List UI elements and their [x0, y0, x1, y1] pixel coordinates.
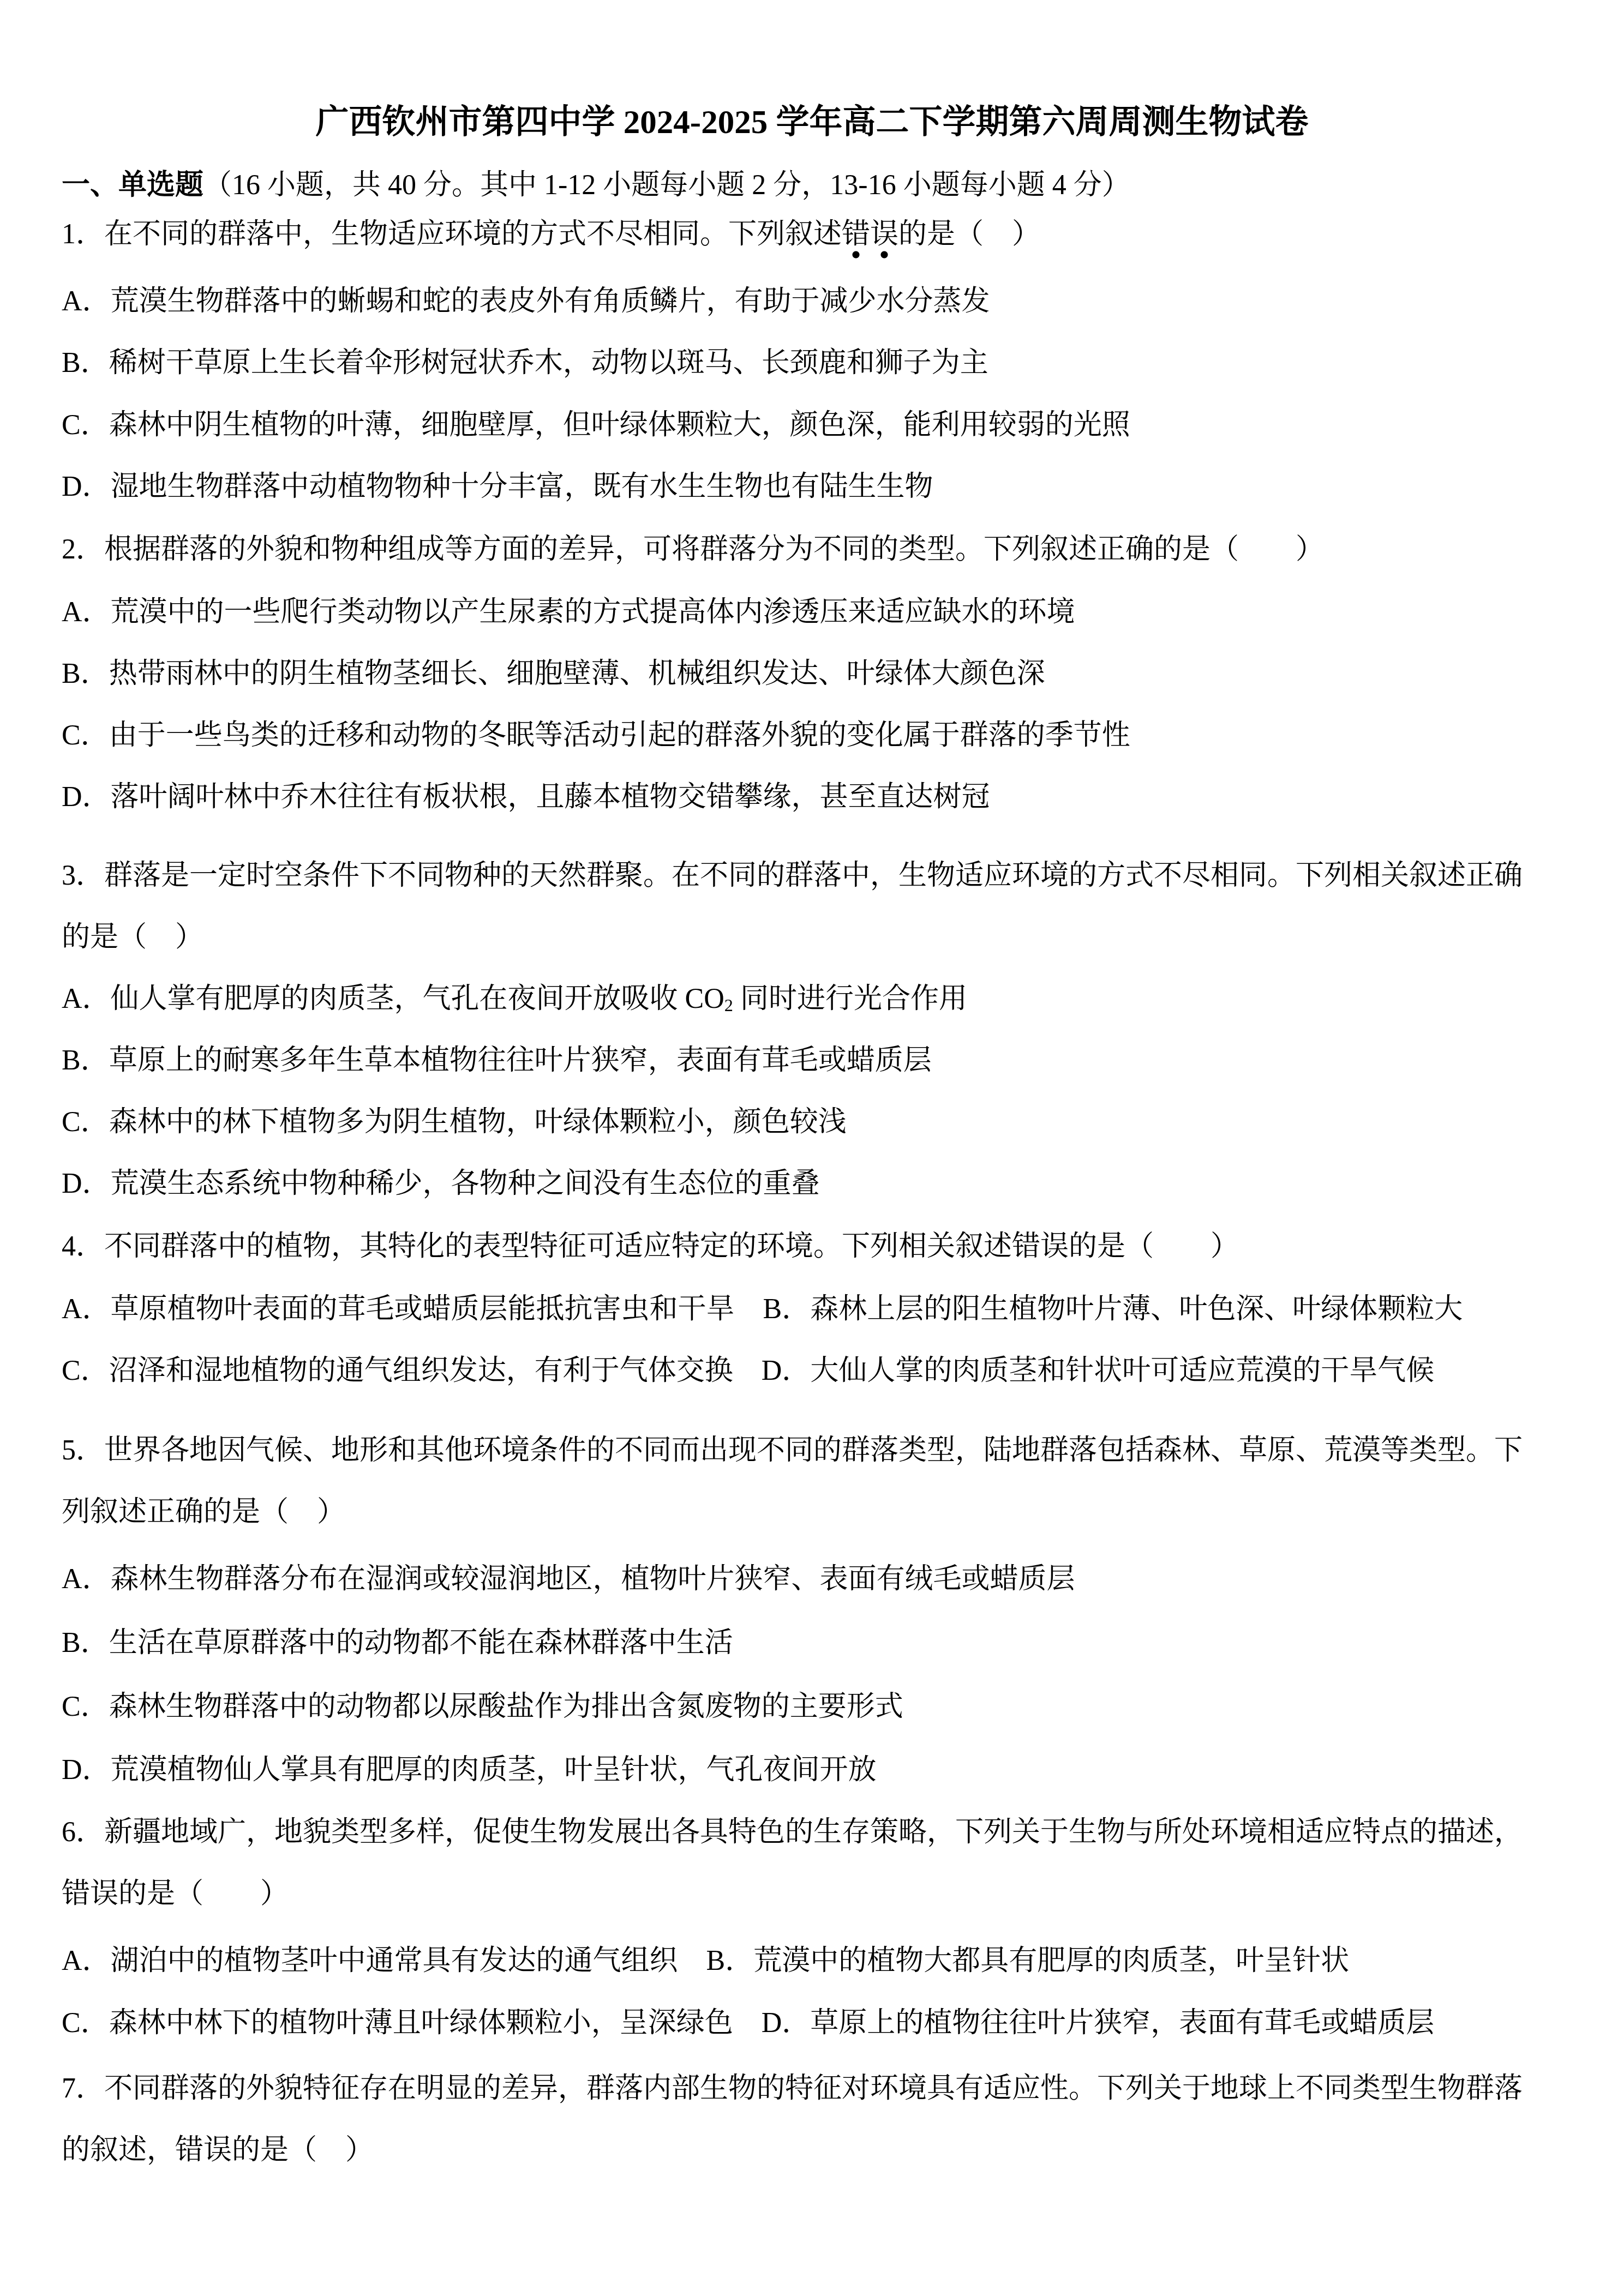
question-5-option-c: C．森林生物群落中的动物都以尿酸盐作为排出含氮废物的主要形式	[62, 1676, 903, 1738]
question-1-option-a: A．荒漠生物群落中的蜥蜴和蛇的表皮外有角质鳞片，有助于减少水分蒸发	[62, 271, 990, 332]
question-3-option-a-tail: 同时进行光合作用	[733, 983, 967, 1014]
question-3-option-c: C．森林中的林下植物多为阴生植物，叶绿体颗粒小，颜色较浅	[62, 1092, 847, 1153]
question-6-options-ab: A．湖泊中的植物茎叶中通常具有发达的通气组织 B．荒漠中的植物大都具有肥厚的肉质…	[62, 1931, 1349, 1992]
question-1-option-c: C．森林中阴生植物的叶薄，细胞壁厚，但叶绿体颗粒大，颜色深，能利用较弱的光照	[62, 395, 1130, 456]
question-3-option-a-text: A．仙人掌有肥厚的肉质茎，气孔在夜间开放吸收 CO	[62, 983, 724, 1014]
question-1-stem-emphasis: 错误	[842, 219, 898, 260]
question-1-stem: 1．在不同的群落中，生物适应环境的方式不尽相同。下列叙述错误的是（ ）	[62, 204, 1040, 265]
co2-subscript: 2	[724, 995, 733, 1015]
question-5-option-a: A．森林生物群落分布在湿润或较湿润地区，植物叶片狭窄、表面有绒毛或蜡质层	[62, 1549, 1075, 1610]
question-4-options-ab: A．草原植物叶表面的茸毛或蜡质层能抵抗害虫和干旱 B．森林上层的阳生植物叶片薄、…	[62, 1279, 1463, 1340]
question-2-stem: 2．根据群落的外貌和物种组成等方面的差异，可将群落分为不同的类型。下列叙述正确的…	[62, 519, 1324, 580]
question-3-option-b: B．草原上的耐寒多年生草本植物往往叶片狭窄，表面有茸毛或蜡质层	[62, 1030, 932, 1091]
question-7-stem-line-2: 的叙述，错误的是（ ）	[62, 2120, 374, 2181]
question-2-option-b: B．热带雨林中的阴生植物茎细长、细胞壁薄、机械组织发达、叶绿体大颜色深	[62, 644, 1045, 705]
question-3-stem-line-2: 的是（ ）	[62, 907, 203, 968]
question-4-stem: 4．不同群落中的植物，其特化的表型特征可适应特定的环境。下列相关叙述错误的是（ …	[62, 1216, 1239, 1277]
question-3-option-a: A．仙人掌有肥厚的肉质茎，气孔在夜间开放吸收 CO2 同时进行光合作用	[62, 969, 967, 1030]
question-1-stem-tail: 的是（ ）	[898, 219, 1040, 250]
question-3-option-d: D．荒漠生态系统中物种稀少，各物种之间没有生态位的重叠	[62, 1153, 820, 1215]
section-info: （16 小题，共 40 分。其中 1-12 小题每小题 2 分，13-16 小题…	[203, 170, 1130, 201]
question-1-option-b: B．稀树干草原上生长着伞形树冠状乔木，动物以斑马、长颈鹿和狮子为主	[62, 333, 988, 394]
section-label: 一、单选题	[62, 170, 203, 201]
question-6-options-cd: C．森林中林下的植物叶薄且叶绿体颗粒小，呈深绿色 D．草原上的植物往往叶片狭窄，…	[62, 1993, 1434, 2054]
exam-document-page: 广西钦州市第四中学 2024-2025 学年高二下学期第六周周测生物试卷 一、单…	[0, 0, 1624, 2296]
question-5-option-d: D．荒漠植物仙人掌具有肥厚的肉质茎，叶呈针状，气孔夜间开放	[62, 1740, 877, 1801]
question-1-option-d: D．湿地生物群落中动植物物种十分丰富，既有水生生物也有陆生生物	[62, 456, 933, 518]
question-5-stem-line-2: 列叙述正确的是（ ）	[62, 1482, 345, 1543]
question-5-stem-line-1: 5．世界各地因气候、地形和其他环境条件的不同而出现不同的群落类型，陆地群落包括森…	[62, 1420, 1523, 1481]
question-7-stem-line-1: 7．不同群落的外貌特征存在明显的差异，群落内部生物的特征对环境具有适应性。下列关…	[62, 2058, 1523, 2119]
question-2-option-a: A．荒漠中的一些爬行类动物以产生尿素的方式提高体内渗透压来适应缺水的环境	[62, 582, 1075, 643]
question-3-stem-line-1: 3．群落是一定时空条件下不同物种的天然群聚。在不同的群落中，生物适应环境的方式不…	[62, 845, 1523, 906]
question-6-stem-line-2: 错误的是（ ）	[62, 1864, 289, 1925]
question-6-stem-line-1: 6．新疆地域广，地貌类型多样，促使生物发展出各具特色的生存策略，下列关于生物与所…	[62, 1802, 1523, 1863]
question-1-stem-text: 1．在不同的群落中，生物适应环境的方式不尽相同。下列叙述	[62, 219, 842, 250]
question-2-option-c: C．由于一些鸟类的迁移和动物的冬眠等活动引起的群落外貌的变化属于群落的季节性	[62, 705, 1130, 766]
question-5-option-b: B．生活在草原群落中的动物都不能在森林群落中生活	[62, 1613, 733, 1674]
question-2-option-d: D．落叶阔叶林中乔木往往有板状根，且藤本植物交错攀缘，甚至直达树冠	[62, 767, 990, 828]
question-4-options-cd: C．沼泽和湿地植物的通气组织发达，有利于气体交换 D．大仙人掌的肉质茎和针状叶可…	[62, 1341, 1434, 1402]
page-title: 广西钦州市第四中学 2024-2025 学年高二下学期第六周周测生物试卷	[0, 92, 1624, 153]
